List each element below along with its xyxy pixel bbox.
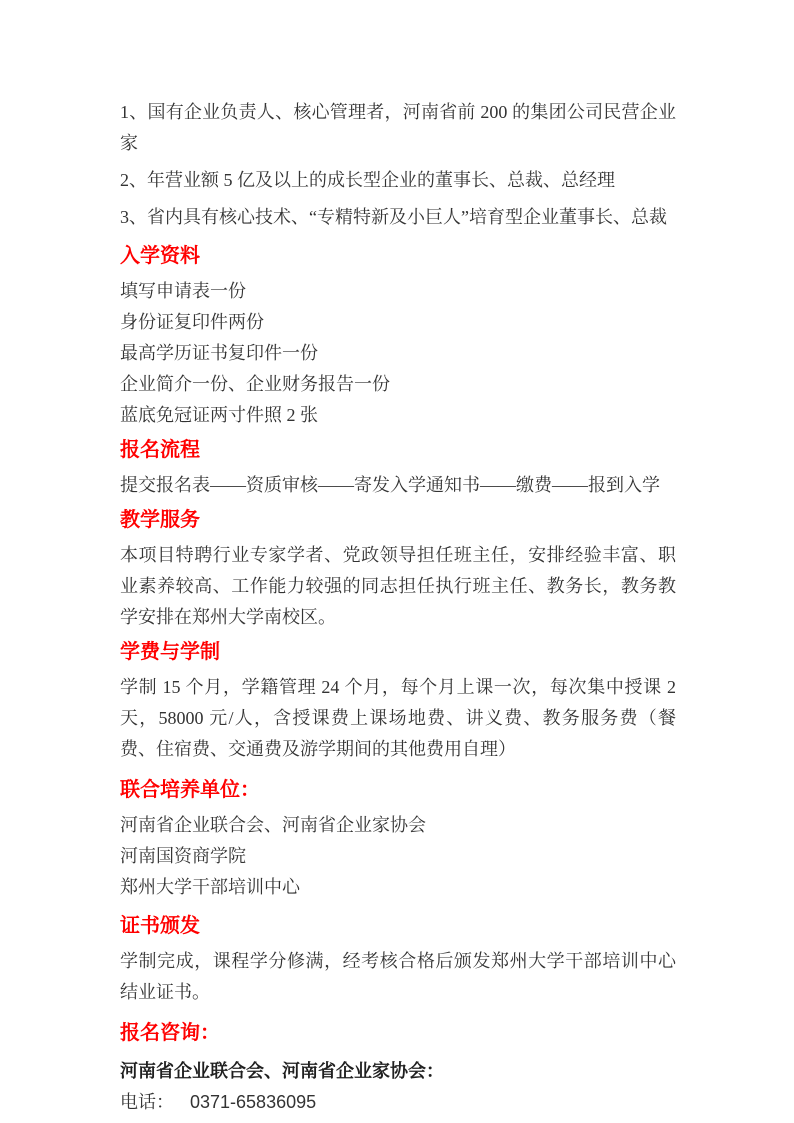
joint-training-unit: 河南省企业联合会、河南省企业家协会 [120,810,676,841]
intro-item-2: 2、年营业额 5 亿及以上的成长型企业的董事长、总裁、总经理 [120,165,676,196]
admission-material-item: 填写申请表一份 [120,276,676,307]
teaching-service-text: 本项目特聘行业专家学者、党政领导担任班主任，安排经验丰富、职业素养较高、工作能力… [120,540,676,633]
section-heading-certificate: 证书颁发 [120,909,676,943]
section-heading-tuition-duration: 学费与学制 [120,635,676,669]
phone-number: 0371-65836095 [190,1087,316,1118]
phone-label: 电话： [120,1087,174,1118]
section-heading-joint-training-units: 联合培养单位： [120,773,676,807]
joint-training-unit: 河南国资商学院 [120,841,676,872]
intro-item-3: 3、省内具有核心技术、“专精特新及小巨人”培育型企业董事长、总裁 [120,202,676,233]
admission-material-item: 身份证复印件两份 [120,307,676,338]
document-page: 1、国有企业负责人、核心管理者，河南省前 200 的集团公司民营企业家 2、年营… [0,0,794,1123]
admission-material-item: 最高学历证书复印件一份 [120,338,676,369]
contact-organization: 河南省企业联合会、河南省企业家协会： [120,1056,676,1087]
intro-item-1: 1、国有企业负责人、核心管理者，河南省前 200 的集团公司民营企业家 [120,97,676,159]
admission-material-item: 蓝底免冠证两寸件照 2 张 [120,400,676,431]
registration-process-text: 提交报名表——资质审核——寄发入学通知书——缴费——报到入学 [120,470,676,501]
certificate-text: 学制完成，课程学分修满，经考核合格后颁发郑州大学干部培训中心结业证书。 [120,946,676,1008]
admission-material-item: 企业简介一份、企业财务报告一份 [120,369,676,400]
section-heading-admission-materials: 入学资料 [120,239,676,273]
section-heading-enrollment-consultation: 报名咨询： [120,1016,676,1050]
contact-phone-line: 电话： 0371-65836095 [120,1087,676,1118]
section-heading-teaching-service: 教学服务 [120,503,676,537]
joint-training-unit: 郑州大学干部培训中心 [120,872,676,903]
section-heading-registration-process: 报名流程 [120,433,676,467]
tuition-duration-text: 学制 15 个月，学籍管理 24 个月，每个月上课一次，每次集中授课 2 天，5… [120,672,676,765]
